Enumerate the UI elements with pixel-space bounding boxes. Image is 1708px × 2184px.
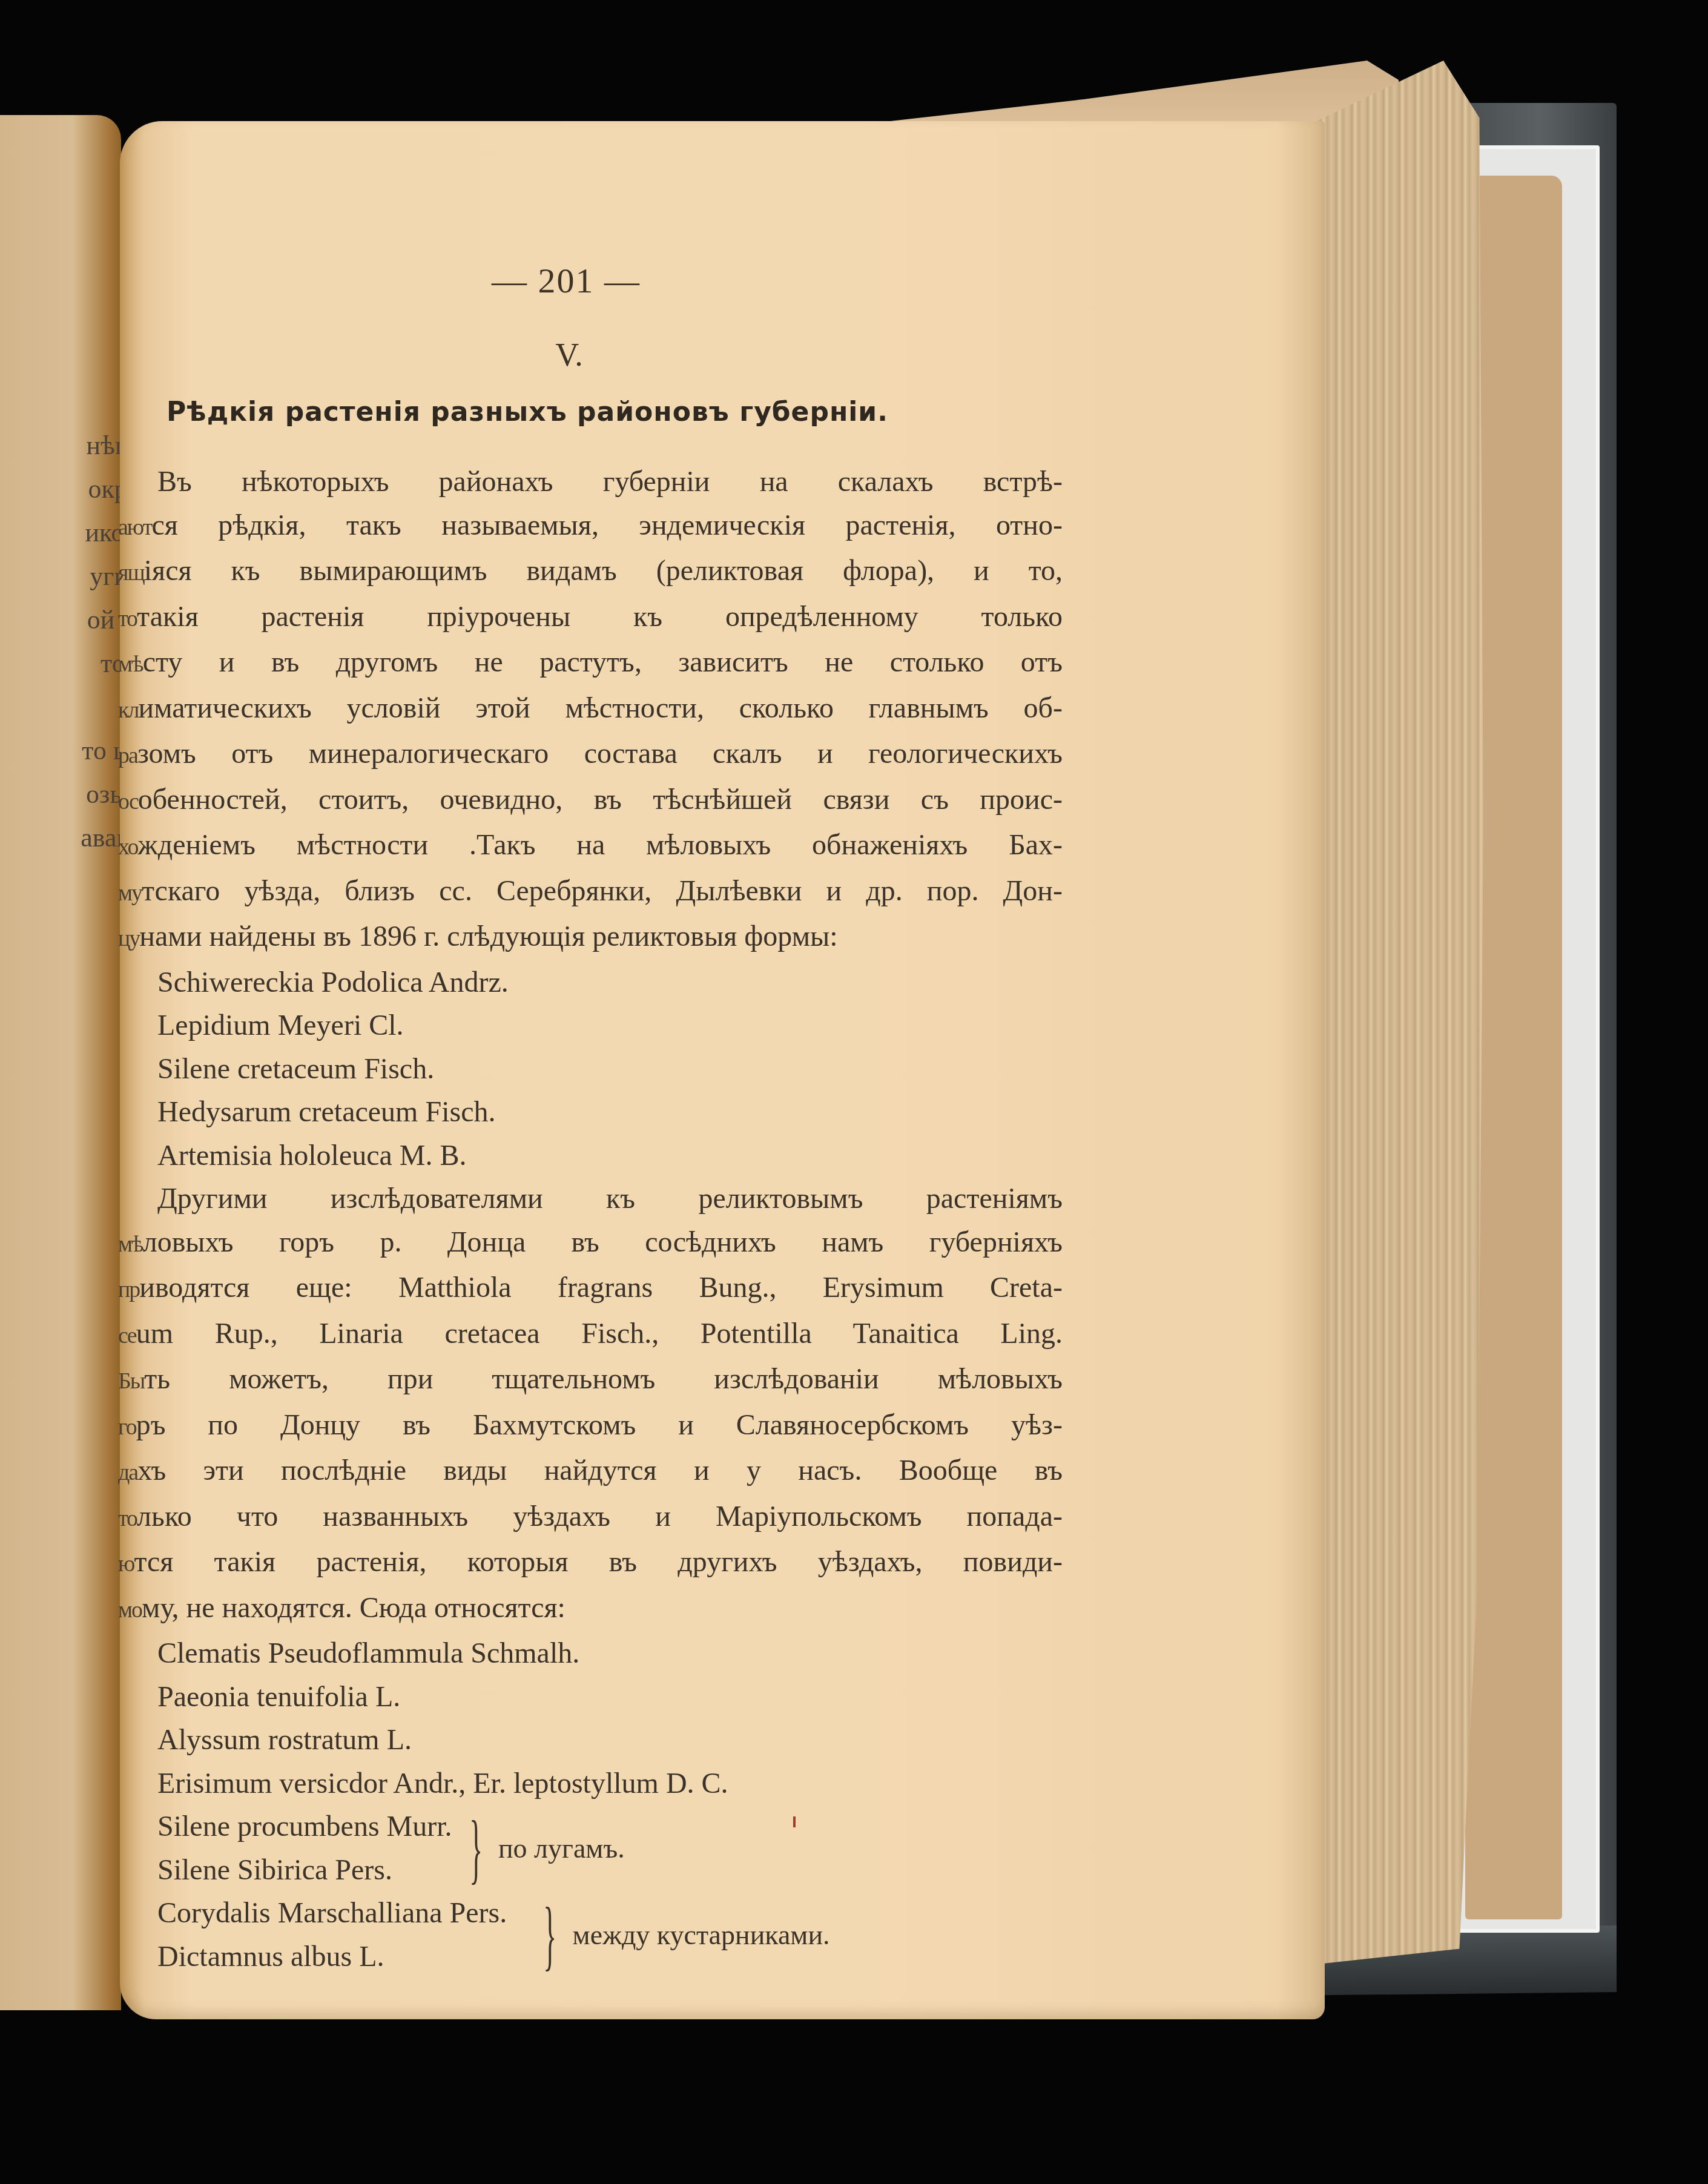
text-line: мѣловыхъ горъ р. Донца въ сосѣднихъ намъ… — [118, 1221, 1063, 1267]
section-numeral: V. — [533, 336, 605, 374]
truncated-line-start: ра — [118, 743, 137, 768]
text-line: мѣсту и въ другомъ не растутъ, зависитъ … — [118, 641, 1063, 687]
line-text: хъ эти послѣдніе виды найдутся и у насъ.… — [137, 1454, 1063, 1486]
text-line: тотакія растенія пріурочены къ опредѣлен… — [118, 595, 1063, 641]
species-name: Silene Sibirica Pers. — [157, 1849, 452, 1892]
line-text: нами найдены въ 1896 г. слѣдующія реликт… — [139, 920, 837, 952]
truncated-line-start: цу — [118, 926, 139, 951]
species-name: Alyssum rostratum L. — [118, 1718, 1063, 1762]
species-name: Clematis Pseudoflammula Schmalh. — [118, 1632, 1063, 1675]
chapter-heading: Рѣдкія растенія разныхъ районовъ губерні… — [167, 397, 1026, 427]
text-line: аются рѣдкія, такъ называемыя, эндемичес… — [118, 504, 1063, 550]
species-group-names: Silene procumbens Murr.Silene Sibirica P… — [157, 1805, 452, 1892]
page-number: — 201 — — [478, 260, 654, 301]
species-name: Dictamnus albus L. — [157, 1935, 507, 1979]
curly-brace-icon: } — [543, 1896, 556, 1975]
text-line: мутскаго уѣзда, близъ сс. Серебрянки, Ды… — [118, 869, 1063, 915]
text-line: горъ по Донцу въ Бахмутскомъ и Славяносе… — [118, 1404, 1063, 1450]
line-text: иматическихъ условій этой мѣстности, ско… — [138, 692, 1063, 724]
truncated-line-start: ю — [118, 1551, 134, 1577]
habitat-note: между кустарниками. — [573, 1913, 830, 1957]
truncated-line-start: пр — [118, 1277, 139, 1302]
text-line: мому, не находятся. Сюда относятся: — [118, 1586, 1063, 1632]
text-line: особенностей, стоитъ, очевидно, въ тѣснѣ… — [118, 778, 1063, 824]
truncated-line-start: ce — [118, 1323, 136, 1348]
text-line: ются такія растенія, которыя въ другихъ … — [118, 1540, 1063, 1586]
line-text: Въ нѣкоторыхъ районахъ губерніи на скала… — [157, 466, 1063, 498]
line-text: иводятся еще: Matthiola fragrans Bung., … — [139, 1272, 1063, 1304]
text-line: приводятся еще: Matthiola fragrans Bung.… — [118, 1266, 1063, 1312]
text-line: климатическихъ условій этой мѣстности, с… — [118, 687, 1063, 733]
species-name: Paeonia tenuifolia L. — [118, 1675, 1063, 1719]
species-name: Hedysarum cretaceum Fisch. — [118, 1090, 1063, 1134]
truncated-line-start: кл — [118, 698, 138, 723]
line-text: ть можетъ, при тщательномъ изслѣдованіи … — [144, 1363, 1063, 1395]
species-name: Lepidium Meyeri Cl. — [118, 1004, 1063, 1047]
truncated-line-start: ос — [118, 789, 138, 814]
text-line: ящіяся къ вымирающимъ видамъ (реликтовая… — [118, 549, 1063, 595]
habitat-note: по лугамъ. — [498, 1827, 625, 1870]
curly-brace-icon: } — [469, 1809, 483, 1888]
line-text: ся рѣдкія, такъ называемыя, эндемическія… — [151, 509, 1063, 541]
truncated-line-start: мо — [118, 1597, 142, 1623]
text-line: цунами найдены въ 1896 г. слѣдующія рели… — [118, 915, 1063, 961]
text-line: дахъ эти послѣдніе виды найдутся и у нас… — [118, 1449, 1063, 1495]
line-text: жденіемъ мѣстности .Такъ на мѣловыхъ обн… — [138, 829, 1063, 861]
species-name: Schiwereckia Podolica Andrz. — [118, 961, 1063, 1005]
text-line: хожденіемъ мѣстности .Такъ на мѣловыхъ о… — [118, 823, 1063, 869]
body-text: Въ нѣкоторыхъ районахъ губерніи на скала… — [118, 460, 1063, 1978]
line-text: тся такія растенія, которыя въ другихъ у… — [134, 1546, 1063, 1578]
red-speck — [793, 1816, 796, 1827]
line-text: обенностей, стоитъ, очевидно, въ тѣснѣйш… — [138, 784, 1063, 816]
line-text: Другими изслѣдователями къ реликтовымъ р… — [157, 1183, 1063, 1215]
left-page: нѣпраокры-икомъугихъой гу-тожето ше-озы—… — [0, 115, 121, 2010]
truncated-line-start: ают — [118, 515, 151, 540]
species-name: Silene cretaceum Fisch. — [118, 1047, 1063, 1091]
text-line: Другими изслѣдователями къ реликтовымъ р… — [118, 1177, 1063, 1221]
truncated-line-start: му — [118, 880, 142, 906]
line-text: му, не находятся. Сюда относятся: — [142, 1592, 565, 1624]
truncated-line-start: Бы — [118, 1368, 144, 1394]
line-text: ловыхъ горъ р. Донца въ сосѣднихъ намъ г… — [143, 1226, 1063, 1258]
species-group: Silene procumbens Murr.Silene Sibirica P… — [118, 1805, 1063, 1892]
line-text: тскаго уѣзда, близъ сс. Серебрянки, Дылѣ… — [142, 875, 1063, 907]
species-name: Artemisia hololeuca M. B. — [118, 1134, 1063, 1178]
species-name: Corydalis Marschalliana Pers. — [157, 1892, 507, 1935]
line-text: лько что названныхъ уѣздахъ и Маріупольс… — [137, 1500, 1063, 1532]
text-line: только что названныхъ уѣздахъ и Маріупол… — [118, 1495, 1063, 1541]
line-text: ръ по Донцу въ Бахмутскомъ и Славяносерб… — [136, 1409, 1063, 1441]
species-group-names: Corydalis Marschalliana Pers.Dictamnus a… — [157, 1892, 507, 1978]
truncated-line-start: мѣ — [118, 652, 143, 677]
line-text: зомъ отъ минералогическаго состава скалъ… — [137, 737, 1063, 770]
species-group: Corydalis Marschalliana Pers.Dictamnus a… — [118, 1892, 1063, 1978]
truncated-line-start: мѣ — [118, 1232, 143, 1257]
species-name: Erisimum versicdor Andr., Er. leptostyll… — [118, 1762, 1063, 1806]
truncated-line-start: ящ — [118, 560, 144, 586]
line-text: такія растенія пріурочены къ опредѣленно… — [137, 601, 1063, 633]
text-line: разомъ отъ минералогическаго состава ска… — [118, 732, 1063, 778]
text-line: Быть можетъ, при тщательномъ изслѣдовані… — [118, 1358, 1063, 1404]
text-line: Въ нѣкоторыхъ районахъ губерніи на скала… — [118, 460, 1063, 504]
truncated-line-start: го — [118, 1414, 136, 1440]
truncated-line-start: то — [118, 606, 137, 632]
truncated-line-start: да — [118, 1460, 137, 1485]
species-name: Silene procumbens Murr. — [157, 1805, 452, 1849]
text-line: ceum Rup., Linaria cretacea Fisch., Pote… — [118, 1312, 1063, 1358]
line-text: сту и въ другомъ не растутъ, зависитъ не… — [143, 646, 1063, 678]
line-text: іяся къ вымирающимъ видамъ (реликтовая ф… — [144, 555, 1063, 587]
truncated-line-start: хо — [118, 834, 138, 860]
line-text: um Rup., Linaria cretacea Fisch., Potent… — [136, 1318, 1063, 1350]
truncated-line-start: то — [118, 1506, 137, 1531]
